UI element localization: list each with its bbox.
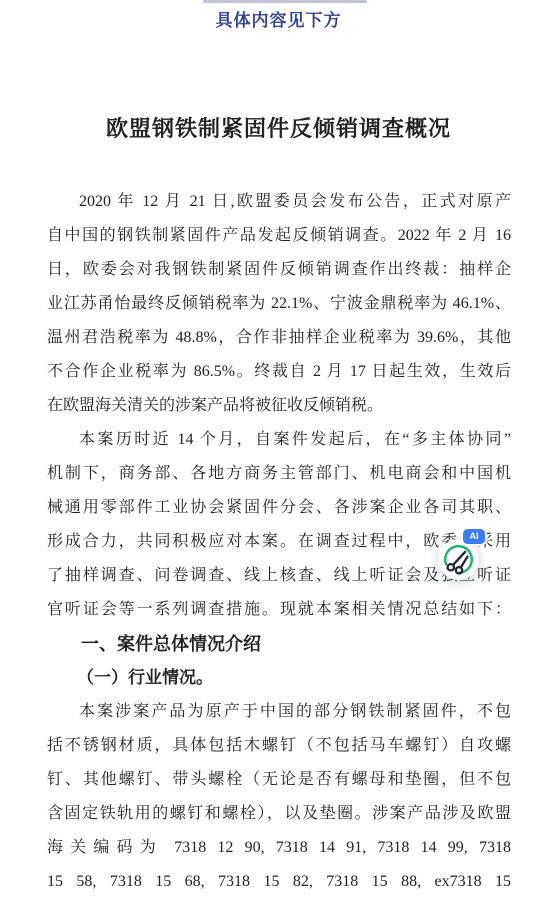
text-line: 本案涉案产品为原产于中国的部分钢铁制紧固件，不包	[47, 695, 511, 729]
text-line: 机制下，商务部、各地方商务主管部门、机电商会和中国机	[47, 457, 511, 491]
text-line: 业江苏甬怡最终反倾销税率为 22.1%、宁波金鼎税率为 46.1%、	[47, 287, 511, 321]
screenshot-widget[interactable]: AI	[437, 527, 487, 583]
ai-badge[interactable]: AI	[463, 529, 485, 544]
text-line: 本案历时近 14 个月，自案件发起后，在“多主体协同”	[47, 423, 511, 457]
subsection-heading: （一）行业情况。	[47, 661, 511, 695]
text-line: 在欧盟海关清关的涉案产品将被征收反倾销税。	[47, 389, 511, 423]
text-line: 不合作企业税率为 86.5%。终裁自 2 月 17 日起生效，生效后	[47, 355, 511, 389]
text-line: 械通用零部件工业协会紧固件分会、各涉案企业各司其职、	[47, 491, 511, 525]
document-page: 具体内容见下方 欧盟钢铁制紧固件反倾销调查概况 2020 年 12 月 21 日…	[0, 0, 557, 908]
text-line: 15 58, 7318 15 68, 7318 15 82, 7318 15 8…	[47, 865, 511, 899]
text-line: 日，欧委会对我钢铁制紧固件反倾销调查作出终裁：抽样企	[47, 253, 511, 287]
text-line: 官听证会等一系列调查措施。现就本案相关情况总结如下：	[47, 593, 511, 627]
text-line: 含固定铁轨用的螺钉和螺栓），以及垫圈。涉案产品涉及欧盟	[47, 797, 511, 831]
text-line: 自中国的钢铁制紧固件产品发起反倾销调查。2022 年 2 月 16	[47, 219, 511, 253]
section-heading: 一、案件总体情况介绍	[47, 627, 511, 661]
scissors-icon	[438, 539, 479, 580]
text-line: 括不锈钢材质，具体包括木螺钉（不包括马车螺钉）自攻螺	[47, 729, 511, 763]
top-note: 具体内容见下方	[0, 6, 557, 31]
cut-off-text-remnant	[203, 0, 367, 3]
screenshot-button[interactable]	[438, 539, 479, 580]
text-line: 海关编码为 7318 12 90, 7318 14 91, 7318 14 99…	[47, 831, 511, 865]
text-line: 2020 年 12 月 21 日,欧盟委员会发布公告，正式对原产	[47, 185, 511, 219]
document-title: 欧盟钢铁制紧固件反倾销调查概况	[0, 112, 557, 143]
text-line: 钉、其他螺钉、带头螺栓（无论是否有螺母和垫圈，但不包	[47, 763, 511, 797]
text-line: 温州君浩税率为 48.8%，合作非抽样企业税率为 39.6%，其他	[47, 321, 511, 355]
